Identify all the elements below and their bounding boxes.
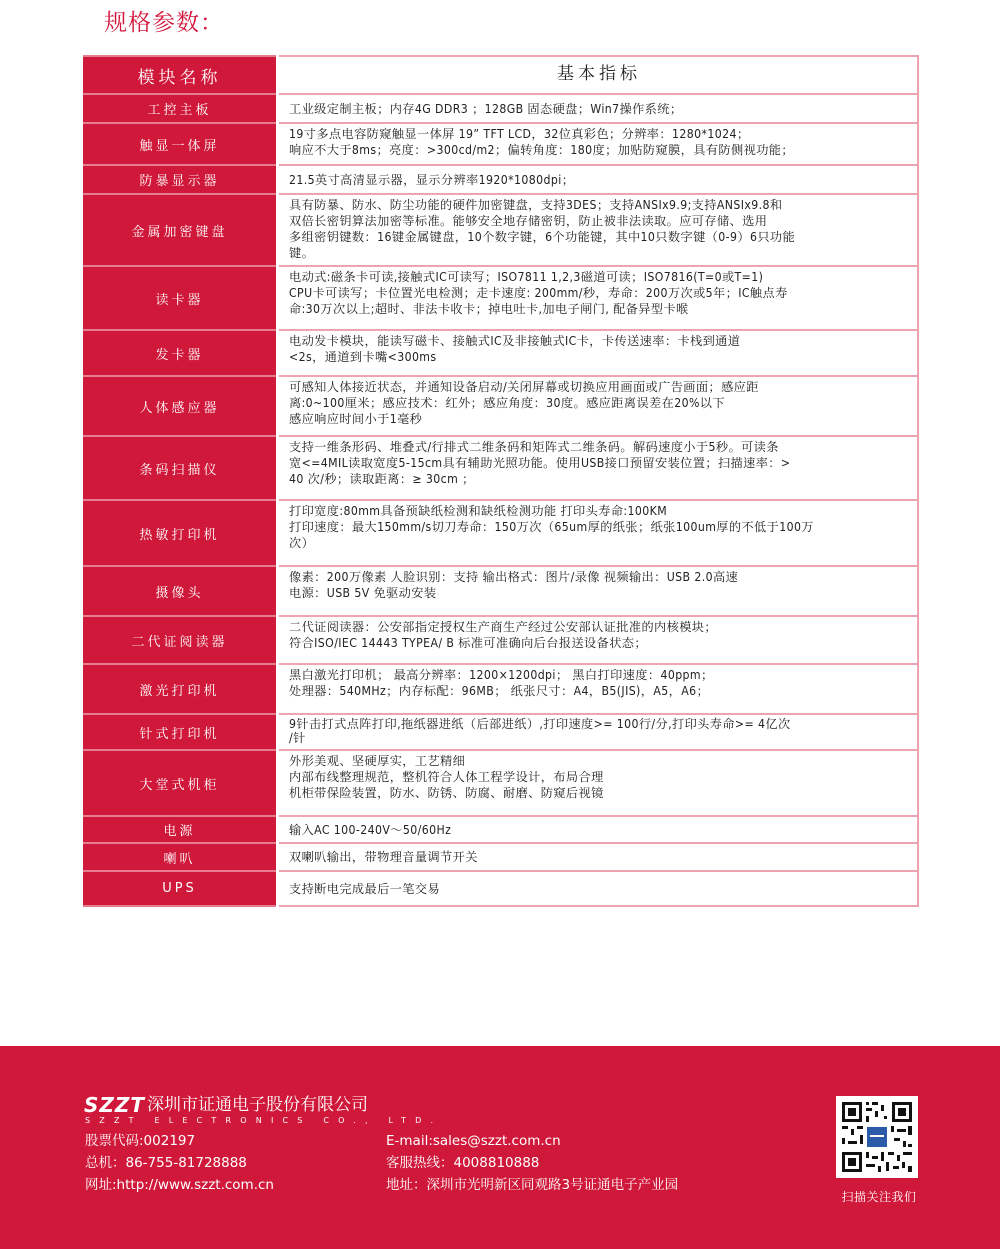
- company-footer: SZZT 深圳市证通电子股份有限公司 SZZT ELECTRONICS CO.,…: [0, 1046, 1000, 1249]
- row-module-name: 发卡器: [83, 330, 278, 376]
- website-link[interactable]: 网址:http://www.szzt.com.cn: [85, 1174, 274, 1196]
- row-module-name: 激光打印机: [83, 664, 278, 714]
- contact-left: 股票代码:002197 总机：86-755-81728888 网址:http:/…: [85, 1130, 274, 1196]
- row-module-name: 人体感应器: [83, 376, 278, 436]
- row-spec-value: 电动式:磁条卡可读,接触式IC可读写；ISO7811 1,2,3磁道可读；ISO…: [278, 266, 919, 330]
- table-row: 激光打印机 黑白激光打印机； 最高分辨率：1200×1200dpi； 黑白打印速…: [83, 664, 918, 714]
- row-spec-value: 二代证阅读器：公安部指定授权生产商生产经过公安部认证批准的内核模块； 符合ISO…: [278, 616, 919, 664]
- row-module-name: 热敏打印机: [83, 500, 278, 566]
- row-spec-value: 19寸多点电容防窥触显一体屏 19” TFT LCD，32位真彩色；分辨率：12…: [278, 123, 919, 165]
- row-module-name: 防暴显示器: [83, 165, 278, 194]
- table-header-row: 模块名称 基本指标: [83, 56, 918, 94]
- row-spec-value: 支持一维条形码、堆叠式/行排式二维条码和矩阵式二维条码。解码速度小于5秒。可读条…: [278, 436, 919, 500]
- table-row: 防暴显示器 21.5英寸高清显示器，显示分辨率1920*1080dpi；: [83, 165, 918, 194]
- company-logo: SZZT 深圳市证通电子股份有限公司: [84, 1096, 368, 1114]
- table-row: 人体感应器 可感知人体接近状态，并通知设备启动/关闭屏幕或切换应用画面或广告画面…: [83, 376, 918, 436]
- table-row: 喇叭 双喇叭输出，带物理音量调节开关: [83, 843, 918, 871]
- row-spec-value: 像素：200万像素 人脸识别：支持 输出格式：图片/录像 视频输出：USB 2.…: [278, 566, 919, 616]
- row-module-name: 触显一体屏: [83, 123, 278, 165]
- row-spec-value: 21.5英寸高清显示器，显示分辨率1920*1080dpi；: [278, 165, 919, 194]
- table-row: 触显一体屏 19寸多点电容防窥触显一体屏 19” TFT LCD，32位真彩色；…: [83, 123, 918, 165]
- table-row: UPS 支持断电完成最后一笔交易: [83, 871, 918, 906]
- table-row: 条码扫描仪 支持一维条形码、堆叠式/行排式二维条码和矩阵式二维条码。解码速度小于…: [83, 436, 918, 500]
- table-row: 针式打印机 9针击打式点阵打印,拖纸器进纸（后部进纸）,打印速度>= 100行/…: [83, 714, 918, 750]
- company-name-en: SZZT ELECTRONICS CO., LTD.: [85, 1116, 442, 1125]
- row-module-name: 喇叭: [83, 843, 278, 871]
- table-row: 读卡器 电动式:磁条卡可读,接触式IC可读写；ISO7811 1,2,3磁道可读…: [83, 266, 918, 330]
- row-spec-value: 9针击打式点阵打印,拖纸器进纸（后部进纸）,打印速度>= 100行/分,打印头寿…: [278, 714, 919, 750]
- row-module-name: 大堂式机柜: [83, 750, 278, 816]
- table-row: 二代证阅读器 二代证阅读器：公安部指定授权生产商生产经过公安部认证批准的内核模块…: [83, 616, 918, 664]
- row-spec-value: 具有防暴、防水、防尘功能的硬件加密键盘，支持3DES；支持ANSIx9.9;支持…: [278, 194, 919, 266]
- row-spec-value: 电动发卡模块，能读写磁卡、接触式IC及非接触式IC卡，卡传送速率：卡栈到通道 <…: [278, 330, 919, 376]
- row-module-name: 二代证阅读器: [83, 616, 278, 664]
- row-spec-value: 双喇叭输出，带物理音量调节开关: [278, 843, 919, 871]
- table-row: 发卡器 电动发卡模块，能读写磁卡、接触式IC及非接触式IC卡，卡传送速率：卡栈到…: [83, 330, 918, 376]
- stock-code: 股票代码:002197: [85, 1130, 274, 1152]
- row-spec-value: 输入AC 100-240V～50/60Hz: [278, 816, 919, 843]
- table-row: 摄像头 像素：200万像素 人脸识别：支持 输出格式：图片/录像 视频输出：US…: [83, 566, 918, 616]
- table-row: 大堂式机柜 外形美观、坚硬厚实，工艺精细 内部布线整理规范，整机符合人体工程学设…: [83, 750, 918, 816]
- row-module-name: 条码扫描仪: [83, 436, 278, 500]
- contact-right: E-mail:sales@szzt.com.cn 客服热线：4008810888…: [386, 1130, 678, 1196]
- row-spec-value: 打印宽度:80mm具备预缺纸检测和缺纸检测功能 打印头寿命:100KM 打印速度…: [278, 500, 919, 566]
- row-module-name: 读卡器: [83, 266, 278, 330]
- row-spec-value: 支持断电完成最后一笔交易: [278, 871, 919, 906]
- company-name-cn: 深圳市证通电子股份有限公司: [147, 1096, 368, 1114]
- qr-caption: 扫描关注我们: [831, 1188, 927, 1205]
- address: 地址：深圳市光明新区同观路3号证通电子产业园: [386, 1174, 678, 1196]
- row-spec-value: 可感知人体接近状态，并通知设备启动/关闭屏幕或切换应用画面或广告画面；感应距 离…: [278, 376, 919, 436]
- column-header-module: 模块名称: [83, 56, 278, 94]
- row-module-name: 工控主板: [83, 94, 278, 123]
- spec-table: 模块名称 基本指标 工控主板 工业级定制主板；内存4G DDR3 ；128GB …: [83, 55, 919, 907]
- qr-code-icon[interactable]: [836, 1096, 918, 1178]
- table-row: 热敏打印机 打印宽度:80mm具备预缺纸检测和缺纸检测功能 打印头寿命:100K…: [83, 500, 918, 566]
- table-row: 工控主板 工业级定制主板；内存4G DDR3 ；128GB 固态硬盘；Win7操…: [83, 94, 918, 123]
- row-module-name: 摄像头: [83, 566, 278, 616]
- row-module-name: UPS: [83, 871, 278, 906]
- service-hotline: 客服热线：4008810888: [386, 1152, 678, 1174]
- row-module-name: 金属加密键盘: [83, 194, 278, 266]
- switchboard-phone: 总机：86-755-81728888: [85, 1152, 274, 1174]
- column-header-spec: 基本指标: [278, 56, 919, 94]
- email-link[interactable]: E-mail:sales@szzt.com.cn: [386, 1130, 678, 1152]
- table-row: 金属加密键盘 具有防暴、防水、防尘功能的硬件加密键盘，支持3DES；支持ANSI…: [83, 194, 918, 266]
- page-title: 规格参数：: [104, 4, 224, 37]
- row-spec-value: 工业级定制主板；内存4G DDR3 ；128GB 固态硬盘；Win7操作系统；: [278, 94, 919, 123]
- row-module-name: 针式打印机: [83, 714, 278, 750]
- row-spec-value: 黑白激光打印机； 最高分辨率：1200×1200dpi； 黑白打印速度：40pp…: [278, 664, 919, 714]
- logo-mark: SZZT: [84, 1096, 145, 1114]
- row-module-name: 电源: [83, 816, 278, 843]
- row-spec-value: 外形美观、坚硬厚实，工艺精细 内部布线整理规范，整机符合人体工程学设计，布局合理…: [278, 750, 919, 816]
- table-row: 电源 输入AC 100-240V～50/60Hz: [83, 816, 918, 843]
